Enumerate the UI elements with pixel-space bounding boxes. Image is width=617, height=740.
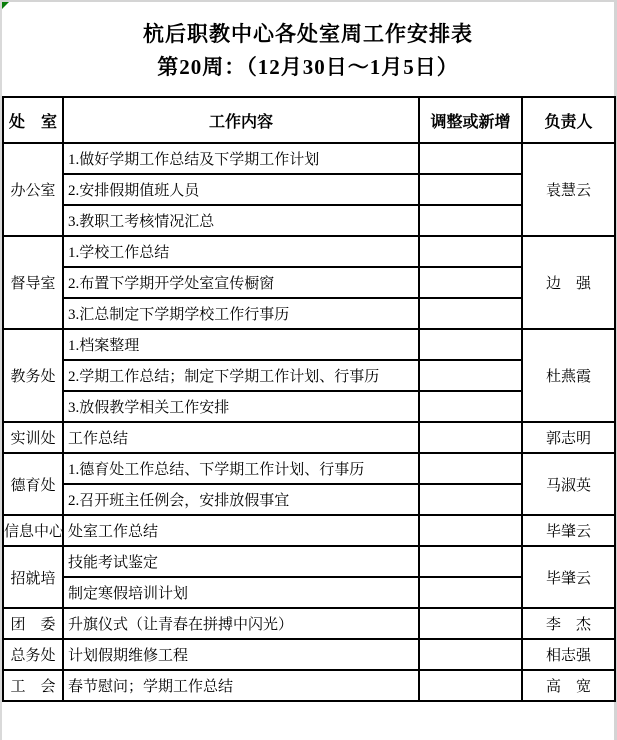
department-name-cell: 信息中心	[3, 515, 63, 546]
manager-name-cell: 毕肇云	[522, 546, 615, 608]
manager-name-cell: 毕肇云	[522, 515, 615, 546]
header-department: 处 室	[3, 97, 63, 143]
adjustment-cell	[419, 236, 522, 267]
page-title-line2: 第20周：（12月30日～1月5日）	[157, 51, 459, 81]
adjustment-cell	[419, 174, 522, 205]
table-row: 教务处1.档案整理杜燕霞	[3, 329, 615, 360]
adjustment-cell	[419, 391, 522, 422]
adjustment-cell	[419, 639, 522, 670]
task-cell: 2.召开班主任例会，安排放假事宜	[63, 484, 419, 515]
department-name-cell: 总务处	[3, 639, 63, 670]
task-cell: 计划假期维修工程	[63, 639, 419, 670]
manager-name-cell: 杜燕霞	[522, 329, 615, 422]
table-row: 总务处计划假期维修工程相志强	[3, 639, 615, 670]
department-name-cell: 招就培	[3, 546, 63, 608]
department-name-cell: 办公室	[3, 143, 63, 236]
task-cell: 3.放假教学相关工作安排	[63, 391, 419, 422]
table-row: 招就培技能考试鉴定毕肇云	[3, 546, 615, 577]
adjustment-cell	[419, 205, 522, 236]
page-title: 杭后职教中心各处室周工作安排表 第20周：（12月30日～1月5日）	[2, 2, 614, 96]
department-name-cell: 德育处	[3, 453, 63, 515]
department-name-cell: 实训处	[3, 422, 63, 453]
task-cell: 1.档案整理	[63, 329, 419, 360]
table-row: 实训处工作总结郭志明	[3, 422, 615, 453]
department-name-cell: 工 会	[3, 670, 63, 701]
manager-name-cell: 边 强	[522, 236, 615, 329]
adjustment-cell	[419, 670, 522, 701]
header-content: 工作内容	[63, 97, 419, 143]
task-cell: 1.德育处工作总结、下学期工作计划、行事历	[63, 453, 419, 484]
table-row: 团 委升旗仪式（让青春在拼搏中闪光）李 杰	[3, 608, 615, 639]
task-cell: 春节慰问；学期工作总结	[63, 670, 419, 701]
page-title-line1: 杭后职教中心各处室周工作安排表	[143, 18, 473, 48]
header-row: 处 室 工作内容 调整或新增 负责人	[3, 97, 615, 143]
task-cell: 3.教职工考核情况汇总	[63, 205, 419, 236]
task-cell: 制定寒假培训计划	[63, 577, 419, 608]
adjustment-cell	[419, 360, 522, 391]
manager-name-cell: 马淑英	[522, 453, 615, 515]
adjustment-cell	[419, 515, 522, 546]
department-name-cell: 团 委	[3, 608, 63, 639]
adjustment-cell	[419, 577, 522, 608]
table-row: 督导室1.学校工作总结边 强	[3, 236, 615, 267]
task-cell: 工作总结	[63, 422, 419, 453]
adjustment-cell	[419, 453, 522, 484]
manager-name-cell: 李 杰	[522, 608, 615, 639]
manager-name-cell: 高 宽	[522, 670, 615, 701]
table-row: 德育处1.德育处工作总结、下学期工作计划、行事历马淑英	[3, 453, 615, 484]
header-manager: 负责人	[522, 97, 615, 143]
task-cell: 技能考试鉴定	[63, 546, 419, 577]
manager-name-cell: 郭志明	[522, 422, 615, 453]
schedule-table: 处 室 工作内容 调整或新增 负责人 办公室1.做好学期工作总结及下学期工作计划…	[2, 96, 616, 702]
table-row: 工 会春节慰问；学期工作总结高 宽	[3, 670, 615, 701]
task-cell: 2.安排假期值班人员	[63, 174, 419, 205]
adjustment-cell	[419, 298, 522, 329]
task-cell: 升旗仪式（让青春在拼搏中闪光）	[63, 608, 419, 639]
manager-name-cell: 相志强	[522, 639, 615, 670]
department-name-cell: 督导室	[3, 236, 63, 329]
schedule-table-body: 办公室1.做好学期工作总结及下学期工作计划袁慧云2.安排假期值班人员3.教职工考…	[3, 143, 615, 701]
task-cell: 处室工作总结	[63, 515, 419, 546]
adjustment-cell	[419, 267, 522, 298]
task-cell: 3.汇总制定下学期学校工作行事历	[63, 298, 419, 329]
manager-name-cell: 袁慧云	[522, 143, 615, 236]
adjustment-cell	[419, 484, 522, 515]
task-cell: 1.做好学期工作总结及下学期工作计划	[63, 143, 419, 174]
adjustment-cell	[419, 143, 522, 174]
header-adjustment: 调整或新增	[419, 97, 522, 143]
adjustment-cell	[419, 329, 522, 360]
adjustment-cell	[419, 546, 522, 577]
cell-error-triangle-icon	[2, 2, 9, 9]
adjustment-cell	[419, 422, 522, 453]
task-cell: 2.布置下学期开学处室宣传橱窗	[63, 267, 419, 298]
department-name-cell: 教务处	[3, 329, 63, 422]
spreadsheet-page: 杭后职教中心各处室周工作安排表 第20周：（12月30日～1月5日） 处 室 工…	[0, 0, 617, 740]
table-row: 信息中心处室工作总结毕肇云	[3, 515, 615, 546]
task-cell: 2.学期工作总结；制定下学期工作计划、行事历	[63, 360, 419, 391]
adjustment-cell	[419, 608, 522, 639]
task-cell: 1.学校工作总结	[63, 236, 419, 267]
table-row: 办公室1.做好学期工作总结及下学期工作计划袁慧云	[3, 143, 615, 174]
